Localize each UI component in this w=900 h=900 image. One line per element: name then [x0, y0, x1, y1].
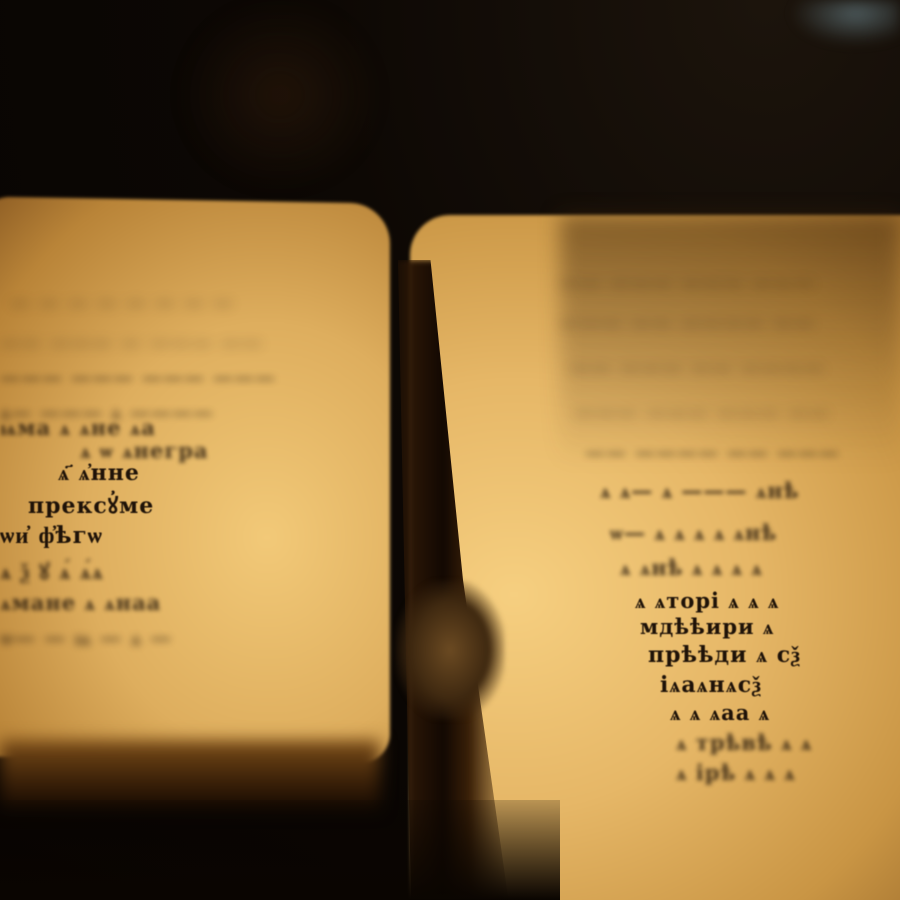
manuscript-line: ѧ ѯ ꙋ ѧ́ ѧ́ѧ — [0, 556, 104, 586]
manuscript-line: прексꙋ҆ме — [28, 490, 154, 520]
manuscript-line: —— ———— —— ——— — [585, 440, 840, 464]
manuscript-line: ——— ——— ——— —— — [575, 400, 830, 424]
manuscript-line: ѧ трѣвѣ ѧ ѧ — [676, 730, 812, 756]
right-page-top-shadow — [560, 215, 900, 465]
manuscript-line: —— ——— —— ———— — [570, 355, 825, 379]
manuscript-line: ѧ ѧторі ѧ ѧ ѧ — [635, 588, 779, 614]
manuscript-line: — — — — — — — — — [10, 290, 234, 314]
manuscript-line: ѧ҃ ѧ҆нне — [58, 460, 140, 486]
manuscript-line: ——— ——— ——— ——— — [0, 365, 276, 389]
manuscript-line: ——— —— ———— —— — [560, 310, 815, 334]
manuscript-line: ѡ— — ѩ — ѧ — — [0, 625, 172, 651]
manuscript-line: ѧмане ѧ ѧнаа — [0, 590, 161, 616]
manuscript-line: ѧ ірѣ ѧ ѧ ѧ — [676, 760, 796, 786]
bottom-shadow — [0, 800, 560, 900]
binding-debris — [395, 580, 505, 720]
manuscript-line: іѧаѧнѧсѯ — [660, 672, 762, 698]
manuscript-line: мдѣѣири ѧ — [640, 614, 774, 640]
manuscript-line: ѧ ѧ ѧаа ѧ — [670, 700, 770, 726]
manuscript-line: ѧ ѧнѣ ѧ ѧ ѧ ѧ — [620, 555, 763, 581]
light-glare — [790, 0, 900, 45]
manuscript-line: —— ——— — ——— —— — [0, 330, 263, 354]
background-haze — [180, 0, 380, 190]
manuscript-line: ѧ ѧ— ѧ ——— ѧнѣ — [600, 478, 799, 504]
manuscript-line: прѣѣди ѧ сѯ — [648, 642, 801, 668]
manuscript-line: ѡи҆ ф҆ѣгѡ — [0, 522, 103, 549]
manuscript-line: —— ——— ——— ——— — [560, 270, 815, 294]
manuscript-photo: — — — — — — — ——— ——— — ——— ————— ——— ——… — [0, 0, 900, 900]
manuscript-line: ѡ— ѧ ѧ ѧ ѧ ѧнѣ — [610, 520, 777, 546]
